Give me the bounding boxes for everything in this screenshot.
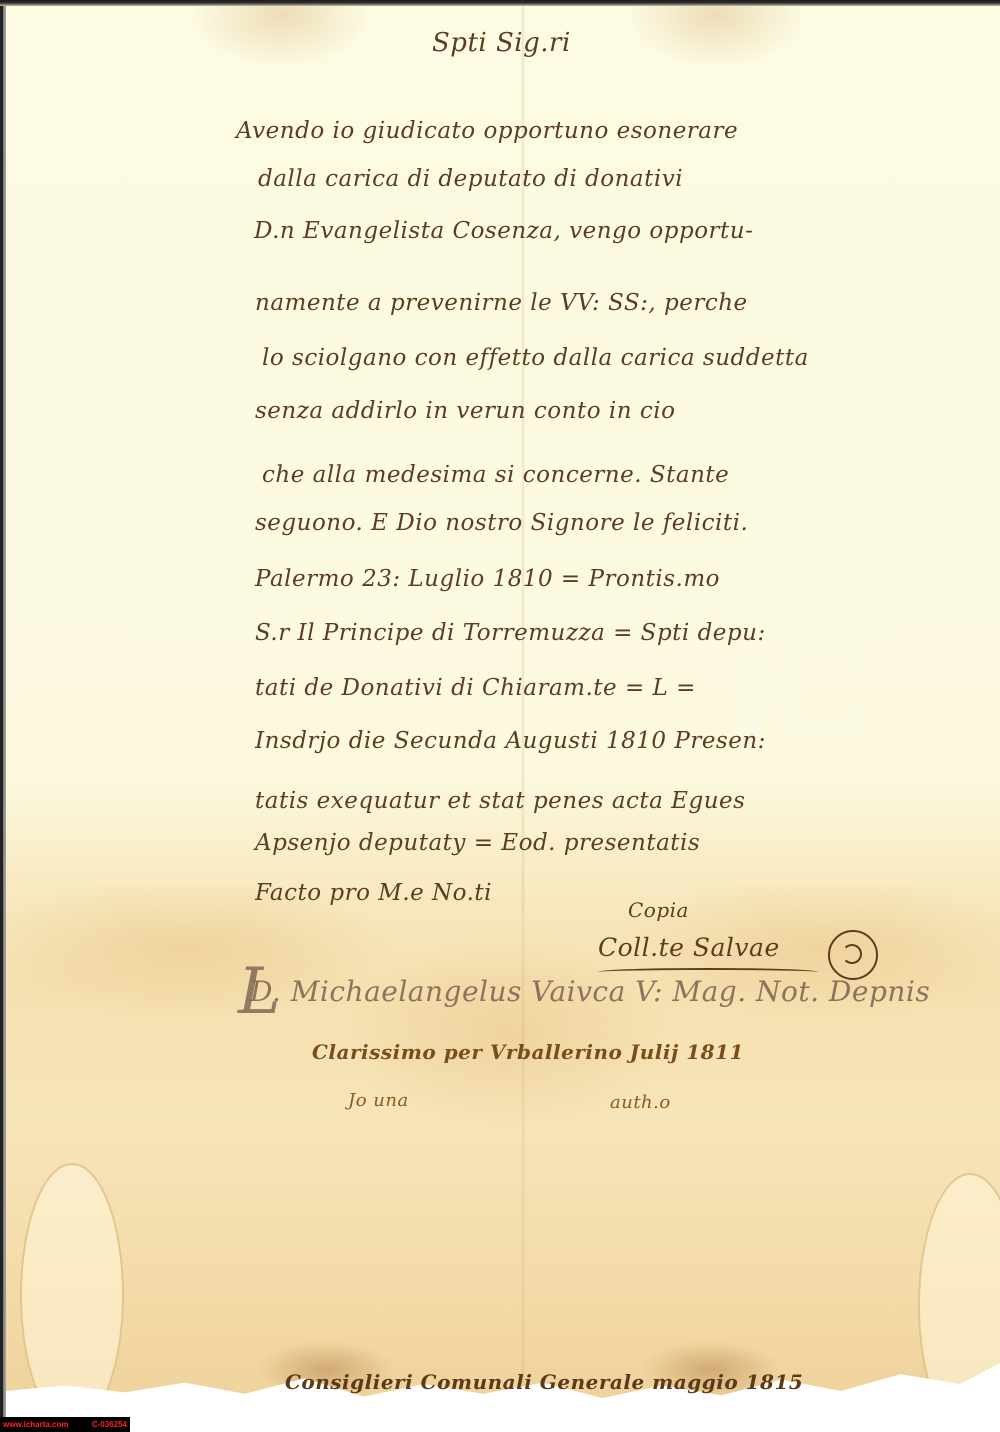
body-line: namente a prevenirne le VV: SS:, perche [255,290,748,316]
body-line: Apsenjo deputaty = Eod. presentatis [255,830,700,856]
body-line: tati de Donativi di Chiaram.te = L = [255,675,696,701]
salutation: Spti Sig.ri [432,28,571,58]
water-stain-right [918,1173,1000,1432]
body-line: S.r Il Principe di Torremuzza = Spti dep… [255,620,766,646]
collated-signature: Coll.te Salvae [598,933,780,962]
body-line: lo sciolgano con effetto dalla carica su… [262,345,809,371]
body-line: che alla medesima si concerne. Stante [262,462,729,488]
center-fold-crease [521,5,525,1405]
annotation-right: auth.o [610,1092,671,1113]
scan-border-top [0,0,1000,6]
body-line: dalla carica di deputato di donativi [258,166,683,192]
body-line: tatis exequatur et stat penes acta Egues [255,788,745,814]
annotation-line: Clarissimo per Vrballerino Julij 1811 [312,1040,744,1064]
body-line: Avendo io giudicato opportuno esonerare [236,118,738,144]
body-line: D.n Evangelista Cosenza, vengo opportu- [254,218,753,244]
annotation-left: Jo una [348,1090,409,1111]
watermark-badge: www.icharta.com C-036254 [0,1417,130,1432]
spiral-flourish-icon [828,930,878,980]
scan-border-left [0,0,6,1432]
body-line: senza addirlo in verun conto in cio [255,398,675,424]
body-line: seguono. E Dio nostro Signore le felicit… [255,510,748,536]
bottom-note: Consiglieri Comunali Generale maggio 181… [285,1370,803,1394]
notary-signature: D. Michaelangelus Vaivca V: Mag. Not. De… [250,975,930,1008]
body-line: Insdrjo die Secunda Augusti 1810 Presen: [255,728,766,754]
watermark-site: www.icharta.com [3,1420,69,1429]
body-line-date: Palermo 23: Luglio 1810 = Prontis.mo [255,566,720,592]
water-stain-left [20,1163,124,1427]
watermark-code: C-036254 [92,1420,127,1429]
body-line: Facto pro M.e No.ti [255,880,492,906]
copia-label: Copia [628,898,689,922]
